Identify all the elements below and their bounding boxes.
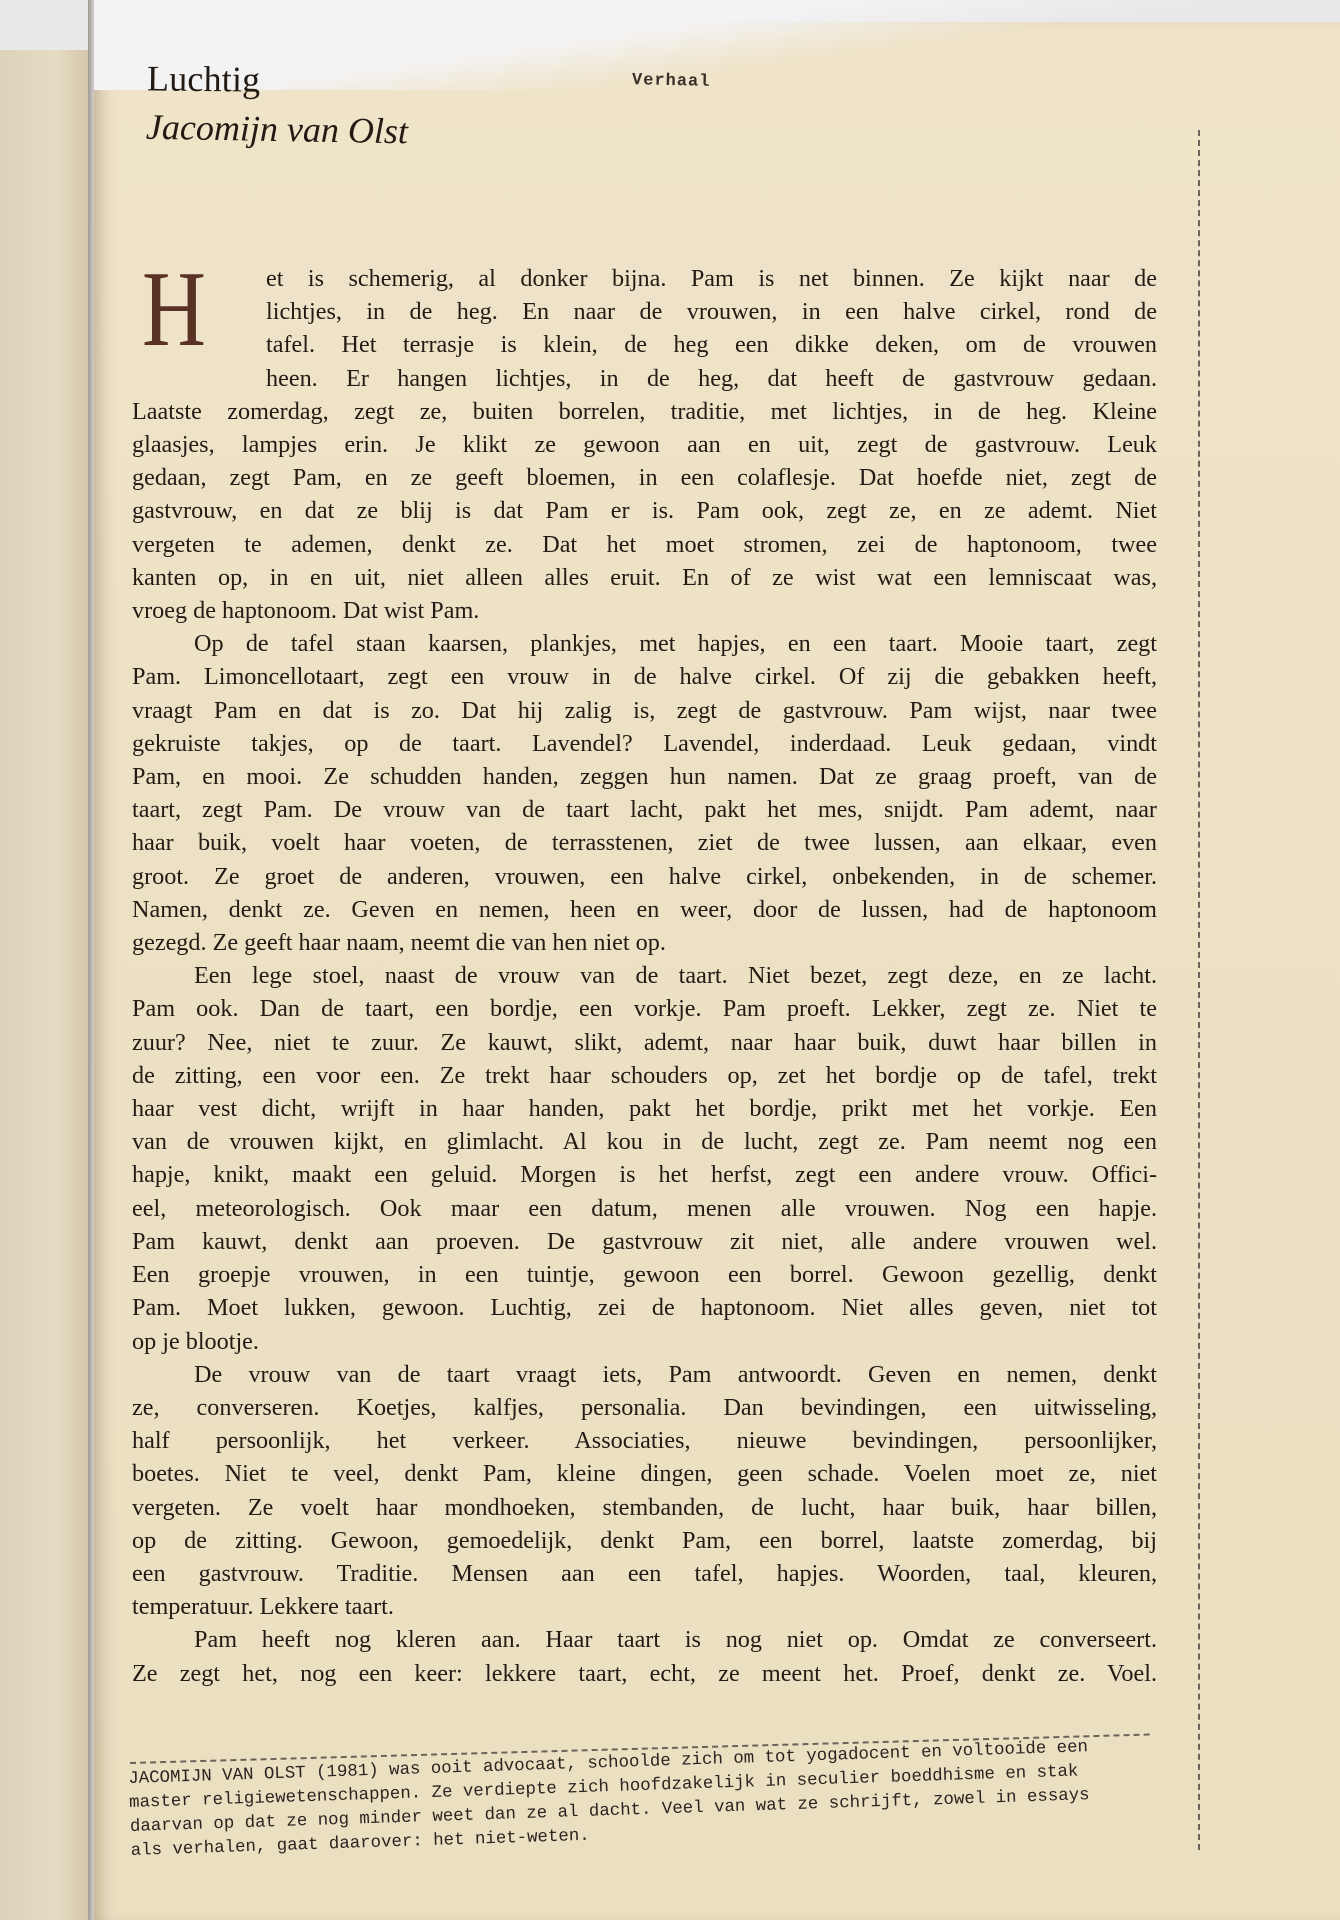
story-line: Een groepje vrouwen, in een tuintje, gew… (132, 1258, 1157, 1291)
story-line: Pam. Limoncellotaart, zegt een vrouw in … (132, 660, 1157, 693)
story-line: Pam heeft nog kleren aan. Haar taart is … (132, 1623, 1157, 1656)
story-line: et is schemerig, al donker bijna. Pam is… (132, 262, 1157, 295)
story-line: de zitting, een voor een. Ze trekt haar … (132, 1059, 1157, 1092)
story-line: gekruiste takjes, op de taart. Lavendel?… (132, 727, 1157, 760)
story-line: een gastvrouw. Traditie. Mensen aan een … (132, 1557, 1157, 1590)
story-line: Namen, denkt ze. Geven en nemen, heen en… (132, 893, 1157, 926)
left-page-edge (0, 50, 92, 1920)
story-line: ze, converseren. Koetjes, kalfjes, perso… (132, 1391, 1157, 1424)
story-line: hapje, knikt, maakt een geluid. Morgen i… (132, 1158, 1157, 1191)
story-line: Pam kauwt, denkt aan proeven. De gastvro… (132, 1225, 1157, 1258)
story-line: gedaan, zegt Pam, en ze geeft bloemen, i… (132, 461, 1157, 494)
story-line: taart, zegt Pam. De vrouw van de taart l… (132, 793, 1157, 826)
story-line: Pam. Moet lukken, gewoon. Luchtig, zei d… (132, 1291, 1157, 1324)
story-title: Luchtig (147, 57, 261, 100)
story-line: glaasjes, lampjes erin. Je klikt ze gewo… (132, 428, 1157, 461)
story-line: half persoonlijk, het verkeer. Associati… (132, 1424, 1157, 1457)
story-body: et is schemerig, al donker bijna. Pam is… (132, 262, 1157, 1690)
section-label: Verhaal (632, 71, 711, 92)
story-line: zuur? Nee, niet te zuur. Ze kauwt, slikt… (132, 1026, 1157, 1059)
story-line: De vrouw van de taart vraagt iets, Pam a… (132, 1358, 1157, 1391)
story-line: heen. Er hangen lichtjes, in de heg, dat… (132, 362, 1157, 395)
story-line: gezegd. Ze geeft haar naam, neemt die va… (132, 926, 1157, 959)
story-line: Pam ook. Dan de taart, een bordje, een v… (132, 992, 1157, 1025)
story-line: op de zitting. Gewoon, gemoedelijk, denk… (132, 1524, 1157, 1557)
story-line: temperatuur. Lekkere taart. (132, 1590, 1157, 1623)
story-line: Pam, en mooi. Ze schudden handen, zeggen… (132, 760, 1157, 793)
vertical-dashed-rule (1198, 130, 1200, 1850)
story-line: gastvrouw, en dat ze blij is dat Pam er … (132, 494, 1157, 527)
story-line: boetes. Niet te veel, denkt Pam, kleine … (132, 1457, 1157, 1490)
story-line: Ze zegt het, nog een keer: lekkere taart… (132, 1657, 1157, 1690)
story-line: haar vest dicht, wrijft in haar handen, … (132, 1092, 1157, 1125)
bio-author-name: JACOMIJN VAN OLST (128, 1764, 306, 1789)
story-line: Op de tafel staan kaarsen, plankjes, met… (132, 627, 1157, 660)
story-line: van de vrouwen kijkt, en glimlacht. Al k… (132, 1125, 1157, 1158)
story-line: lichtjes, in de heg. En naar de vrouwen,… (132, 295, 1157, 328)
author-name: Jacomijn van Olst (146, 106, 409, 153)
story-line: Een lege stoel, naast de vrouw van de ta… (132, 959, 1157, 992)
story-line: vraagt Pam en dat is zo. Dat hij zalig i… (132, 694, 1157, 727)
story-line: kanten op, in en uit, niet alleen alles … (132, 561, 1157, 594)
story-line: haar buik, voelt haar voeten, de terrass… (132, 826, 1157, 859)
story-line: vergeten te ademen, denkt ze. Dat het mo… (132, 528, 1157, 561)
story-line: tafel. Het terrasje is klein, de heg een… (132, 328, 1157, 361)
story-line: vergeten. Ze voelt haar mondhoeken, stem… (132, 1491, 1157, 1524)
story-line: eel, meteorologisch. Ook maar een datum,… (132, 1192, 1157, 1225)
story-line: groot. Ze groet de anderen, vrouwen, een… (132, 860, 1157, 893)
story-line: vroeg de haptonoom. Dat wist Pam. (132, 594, 1157, 627)
story-line: Laatste zomerdag, zegt ze, buiten borrel… (132, 395, 1157, 428)
story-line: op je blootje. (132, 1325, 1157, 1358)
